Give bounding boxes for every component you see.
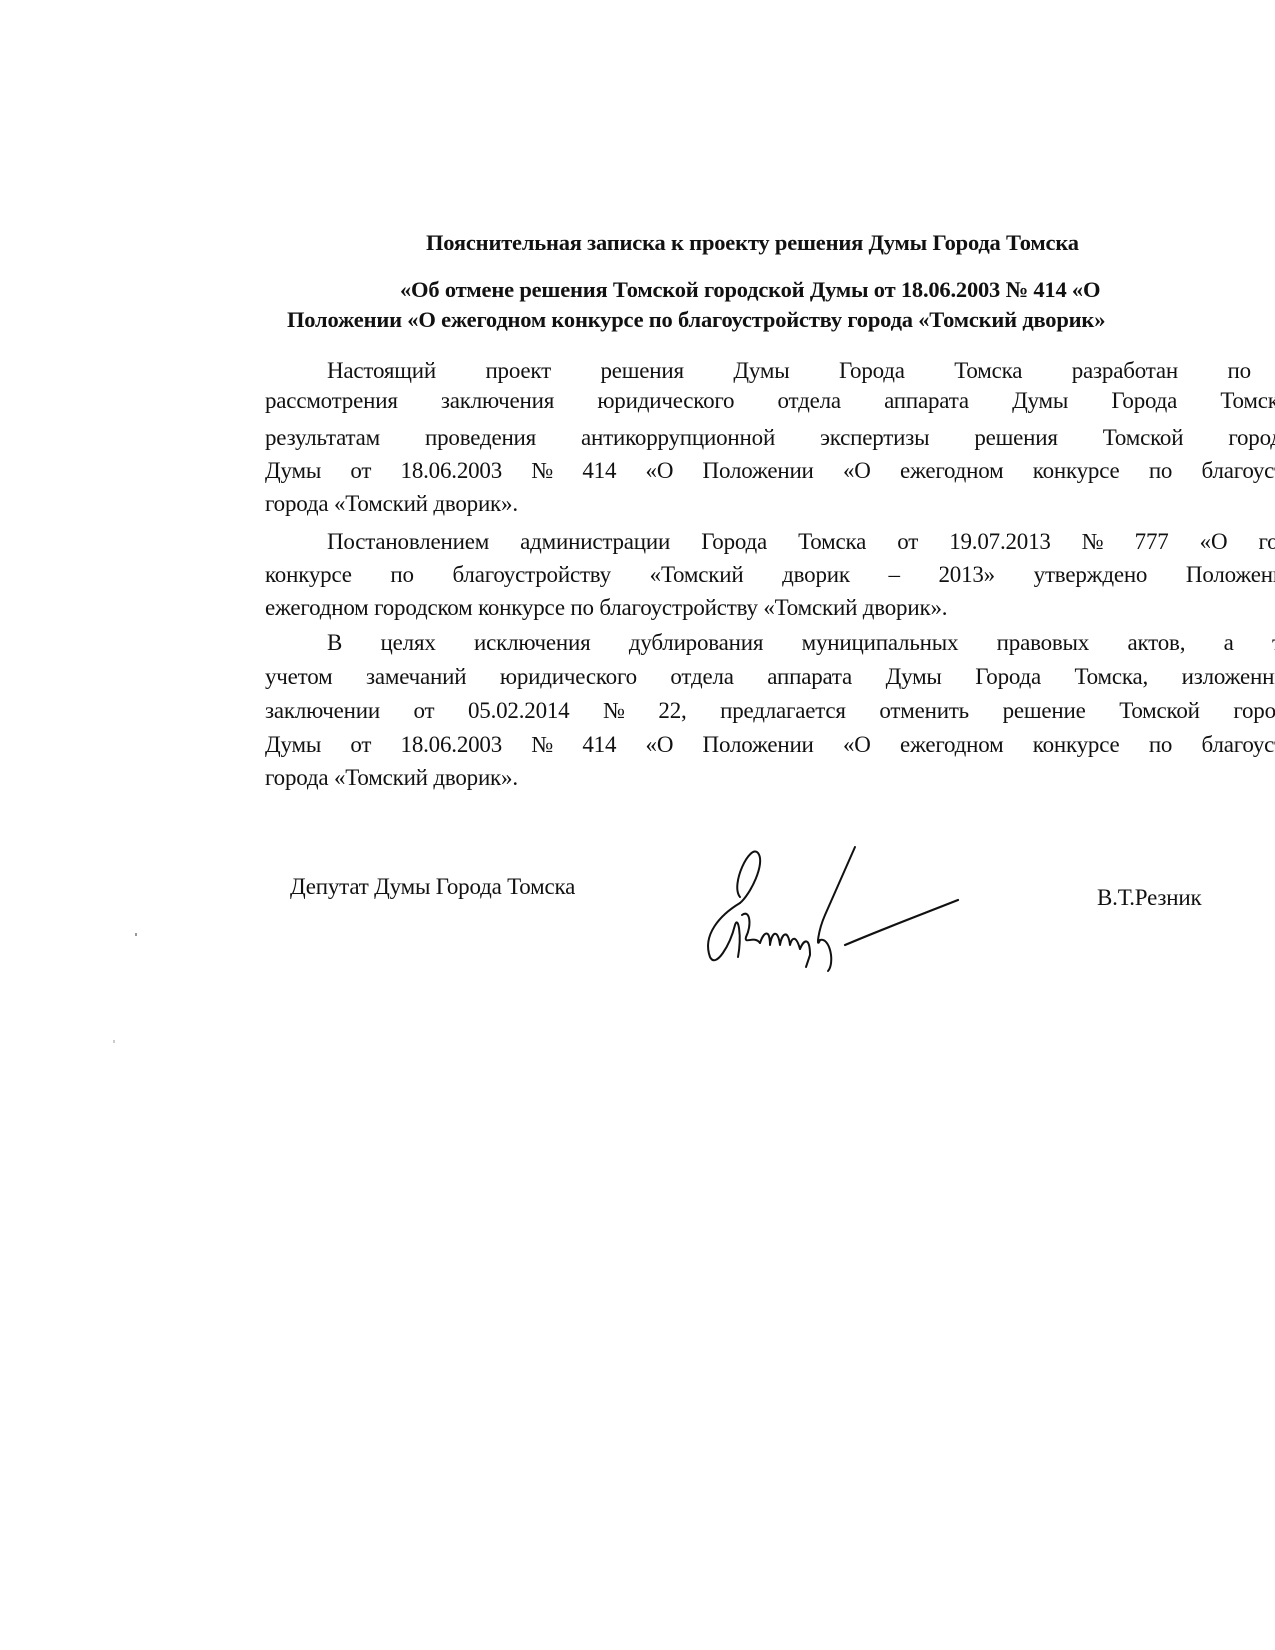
- paragraph-3-line-4: Думыот18.06.2003№414«ОПоложении«Оежегодн…: [265, 731, 1275, 759]
- document-title-line-3: Положении «О ежегодном конкурсе по благо…: [287, 306, 1105, 334]
- signatory-name: В.Т.Резник: [1097, 884, 1201, 912]
- paragraph-1-line-1: НастоящийпроектрешенияДумыГородаТомскара…: [327, 357, 1275, 385]
- paragraph-1-line-2: рассмотрениязаключенияюридическогоотдела…: [265, 387, 1275, 415]
- paragraph-3-line-5: города «Томский дворик».: [265, 764, 518, 792]
- document-title-line-2: «Об отмене решения Томской городской Дум…: [400, 276, 1100, 304]
- paragraph-2-line-2: конкурсепоблагоустройству«Томскийдворик–…: [265, 561, 1275, 589]
- document-title-line-1: Пояснительная записка к проекту решения …: [426, 229, 1079, 257]
- signatory-position: Депутат Думы Города Томска: [290, 873, 575, 901]
- paragraph-2-line-3: ежегодном городском конкурсе по благоуст…: [265, 594, 947, 622]
- paragraph-3-line-1: Вцеляхисключениядублированиямуниципальны…: [327, 629, 1275, 657]
- scan-artifact: [113, 1040, 115, 1043]
- scan-artifact: [135, 933, 137, 936]
- paragraph-1-line-4: Думыот18.06.2003№414«ОПоложении«Оежегодн…: [265, 457, 1275, 485]
- handwritten-signature-icon: [680, 845, 980, 985]
- paragraph-2-line-1: ПостановлениемадминистрацииГородаТомскао…: [327, 528, 1275, 556]
- paragraph-3-line-3: заключенииот05.02.2014№22,предлагаетсяот…: [265, 697, 1275, 725]
- scanned-document-page: Пояснительная записка к проекту решения …: [0, 0, 1275, 1650]
- paragraph-1-line-5: города «Томский дворик».: [265, 490, 518, 518]
- paragraph-1-line-3: результатампроведенияантикоррупционнойэк…: [265, 424, 1275, 452]
- paragraph-3-line-2: учетомзамечанийюридическогоотделааппарат…: [265, 663, 1275, 691]
